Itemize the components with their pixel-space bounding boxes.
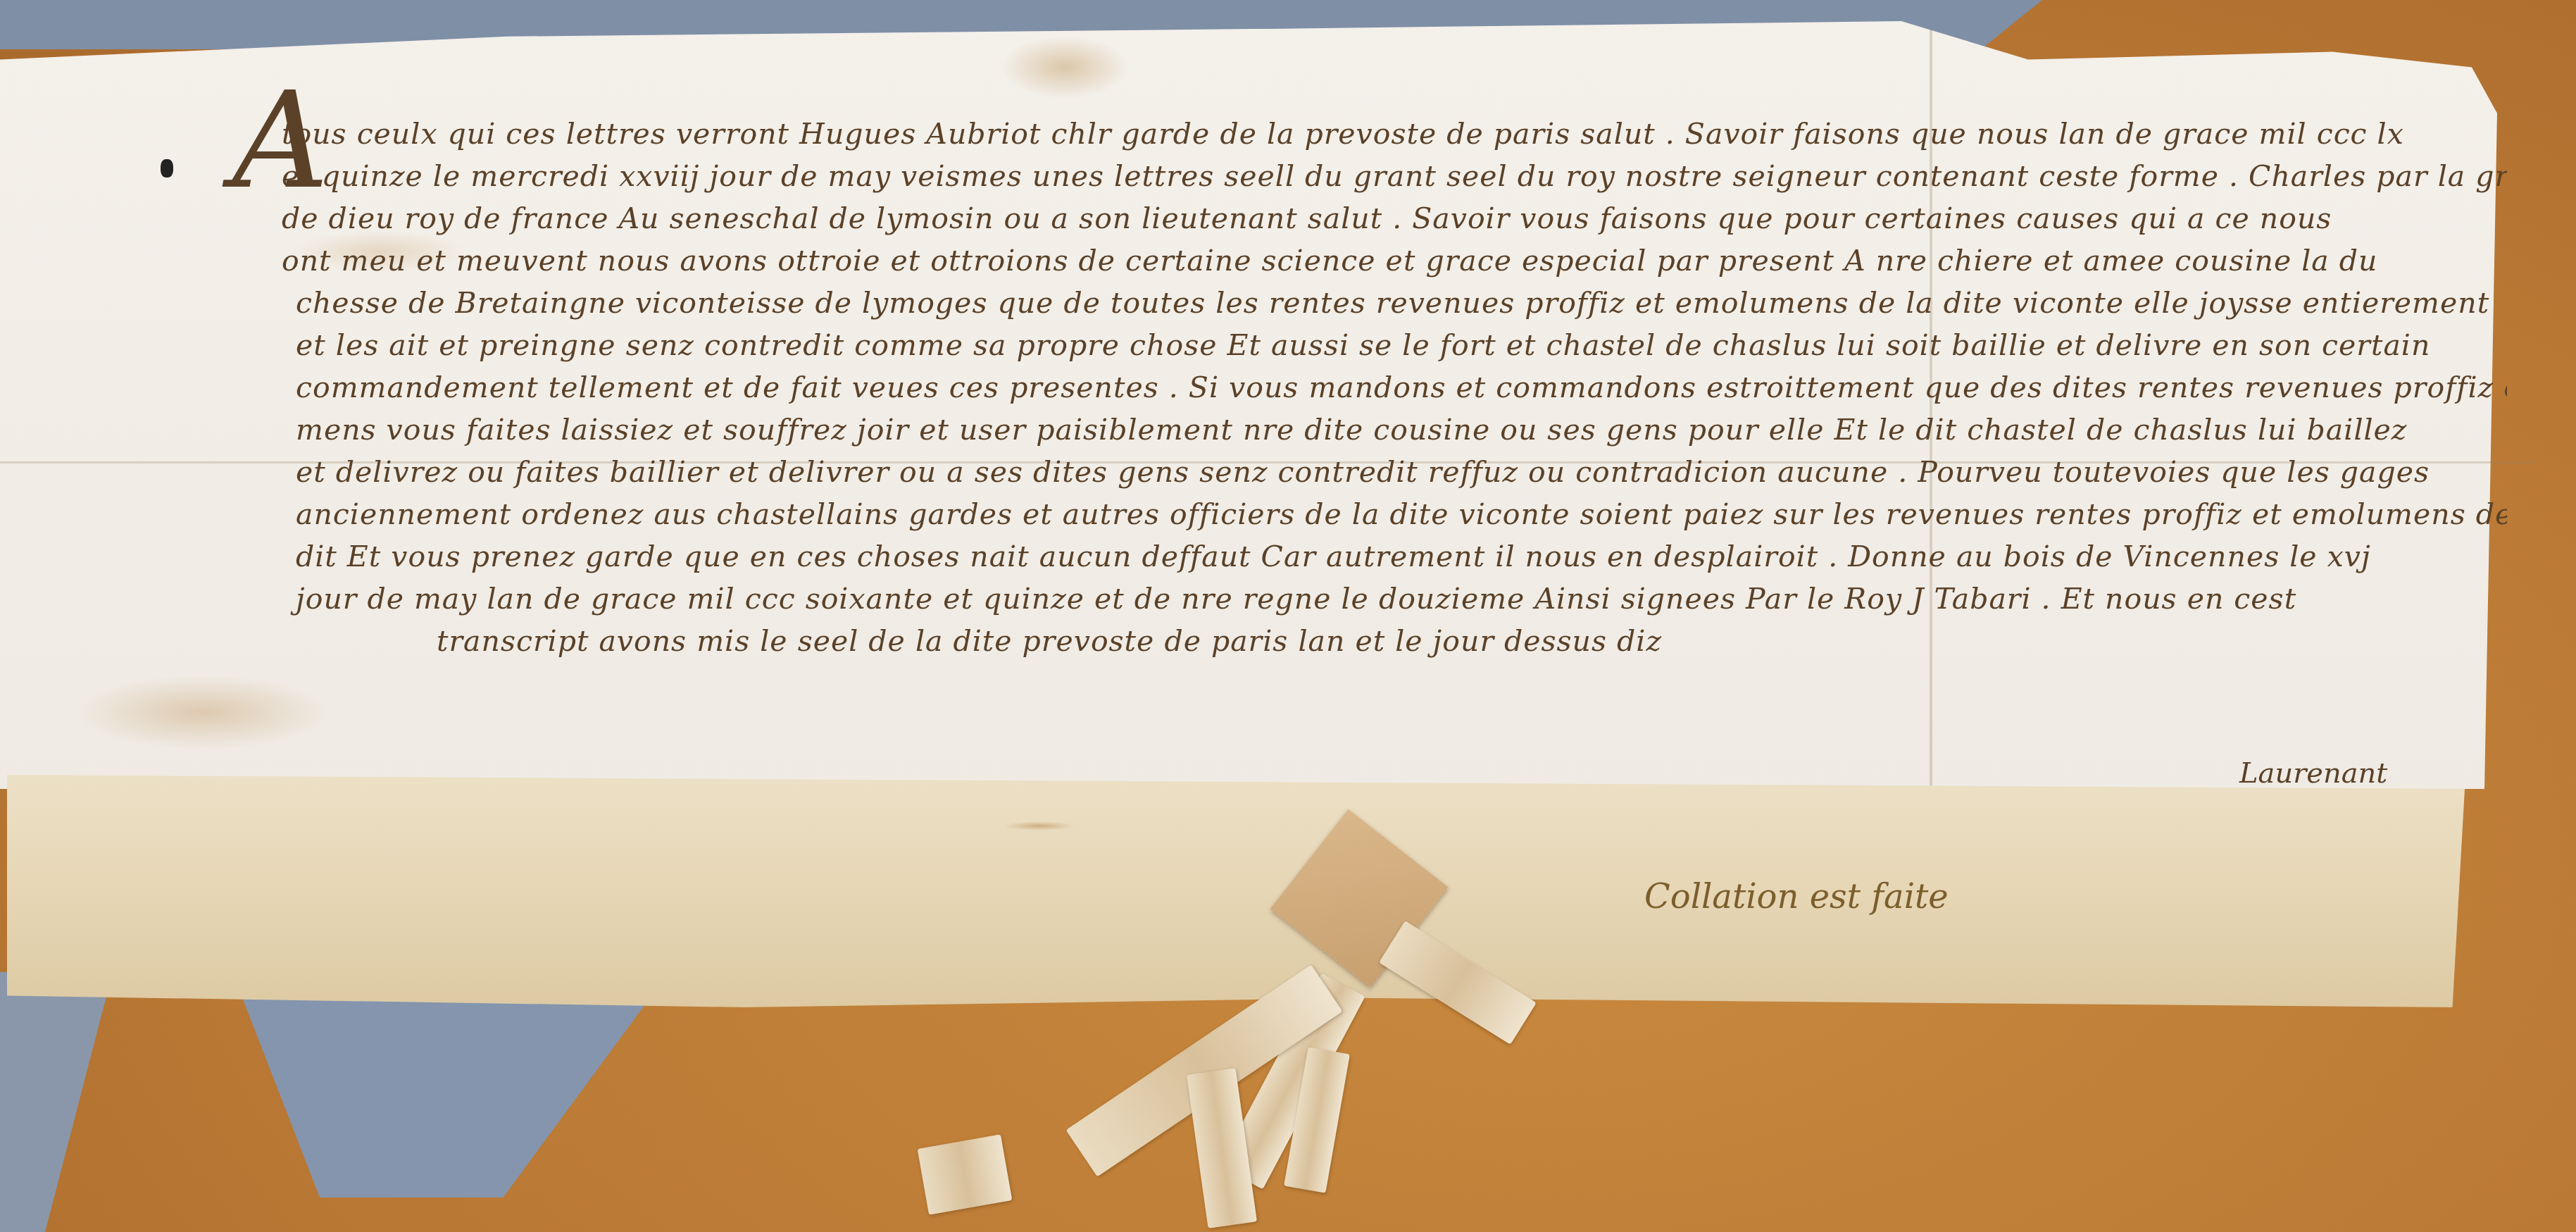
text-line-8: mens vous faites laissiez et souffrez jo… (239, 409, 2507, 451)
text-line-4: ont meu et meuvent nous avons ottroie et… (239, 239, 2507, 282)
text-line-12: jour de may lan de grace mil ccc soixant… (239, 578, 2507, 620)
text-line-5: chesse de Bretaingne viconteisse de lymo… (239, 282, 2507, 324)
text-line-9: et delivrez ou faites baillier et delivr… (239, 451, 2507, 493)
text-line-6: et les ait et preingne senz contredit co… (239, 324, 2507, 366)
collation-endorsement: Collation est faite (1644, 877, 1949, 916)
folded-plica (7, 775, 2465, 1007)
notary-signature: Laurenant (2239, 757, 2387, 790)
text-line-1: tous ceulx qui ces lettres verront Hugue… (239, 113, 2507, 155)
text-line-10: anciennement ordenez aus chastellains ga… (239, 493, 2507, 535)
charter-text: tous ceulx qui ces lettres verront Hugue… (239, 113, 2507, 662)
parchment-hole (161, 159, 173, 178)
text-line-11: dit Et vous prenez garde que en ces chos… (239, 535, 2507, 578)
text-line-3: de dieu roy de france Au seneschal de ly… (239, 197, 2507, 239)
text-line-2: et quinze le mercredi xxviij jour de may… (239, 155, 2507, 197)
text-line-7: commandement tellement et de fait veues … (239, 366, 2507, 409)
text-line-13: transcript avons mis le seel de la dite … (239, 620, 2507, 662)
